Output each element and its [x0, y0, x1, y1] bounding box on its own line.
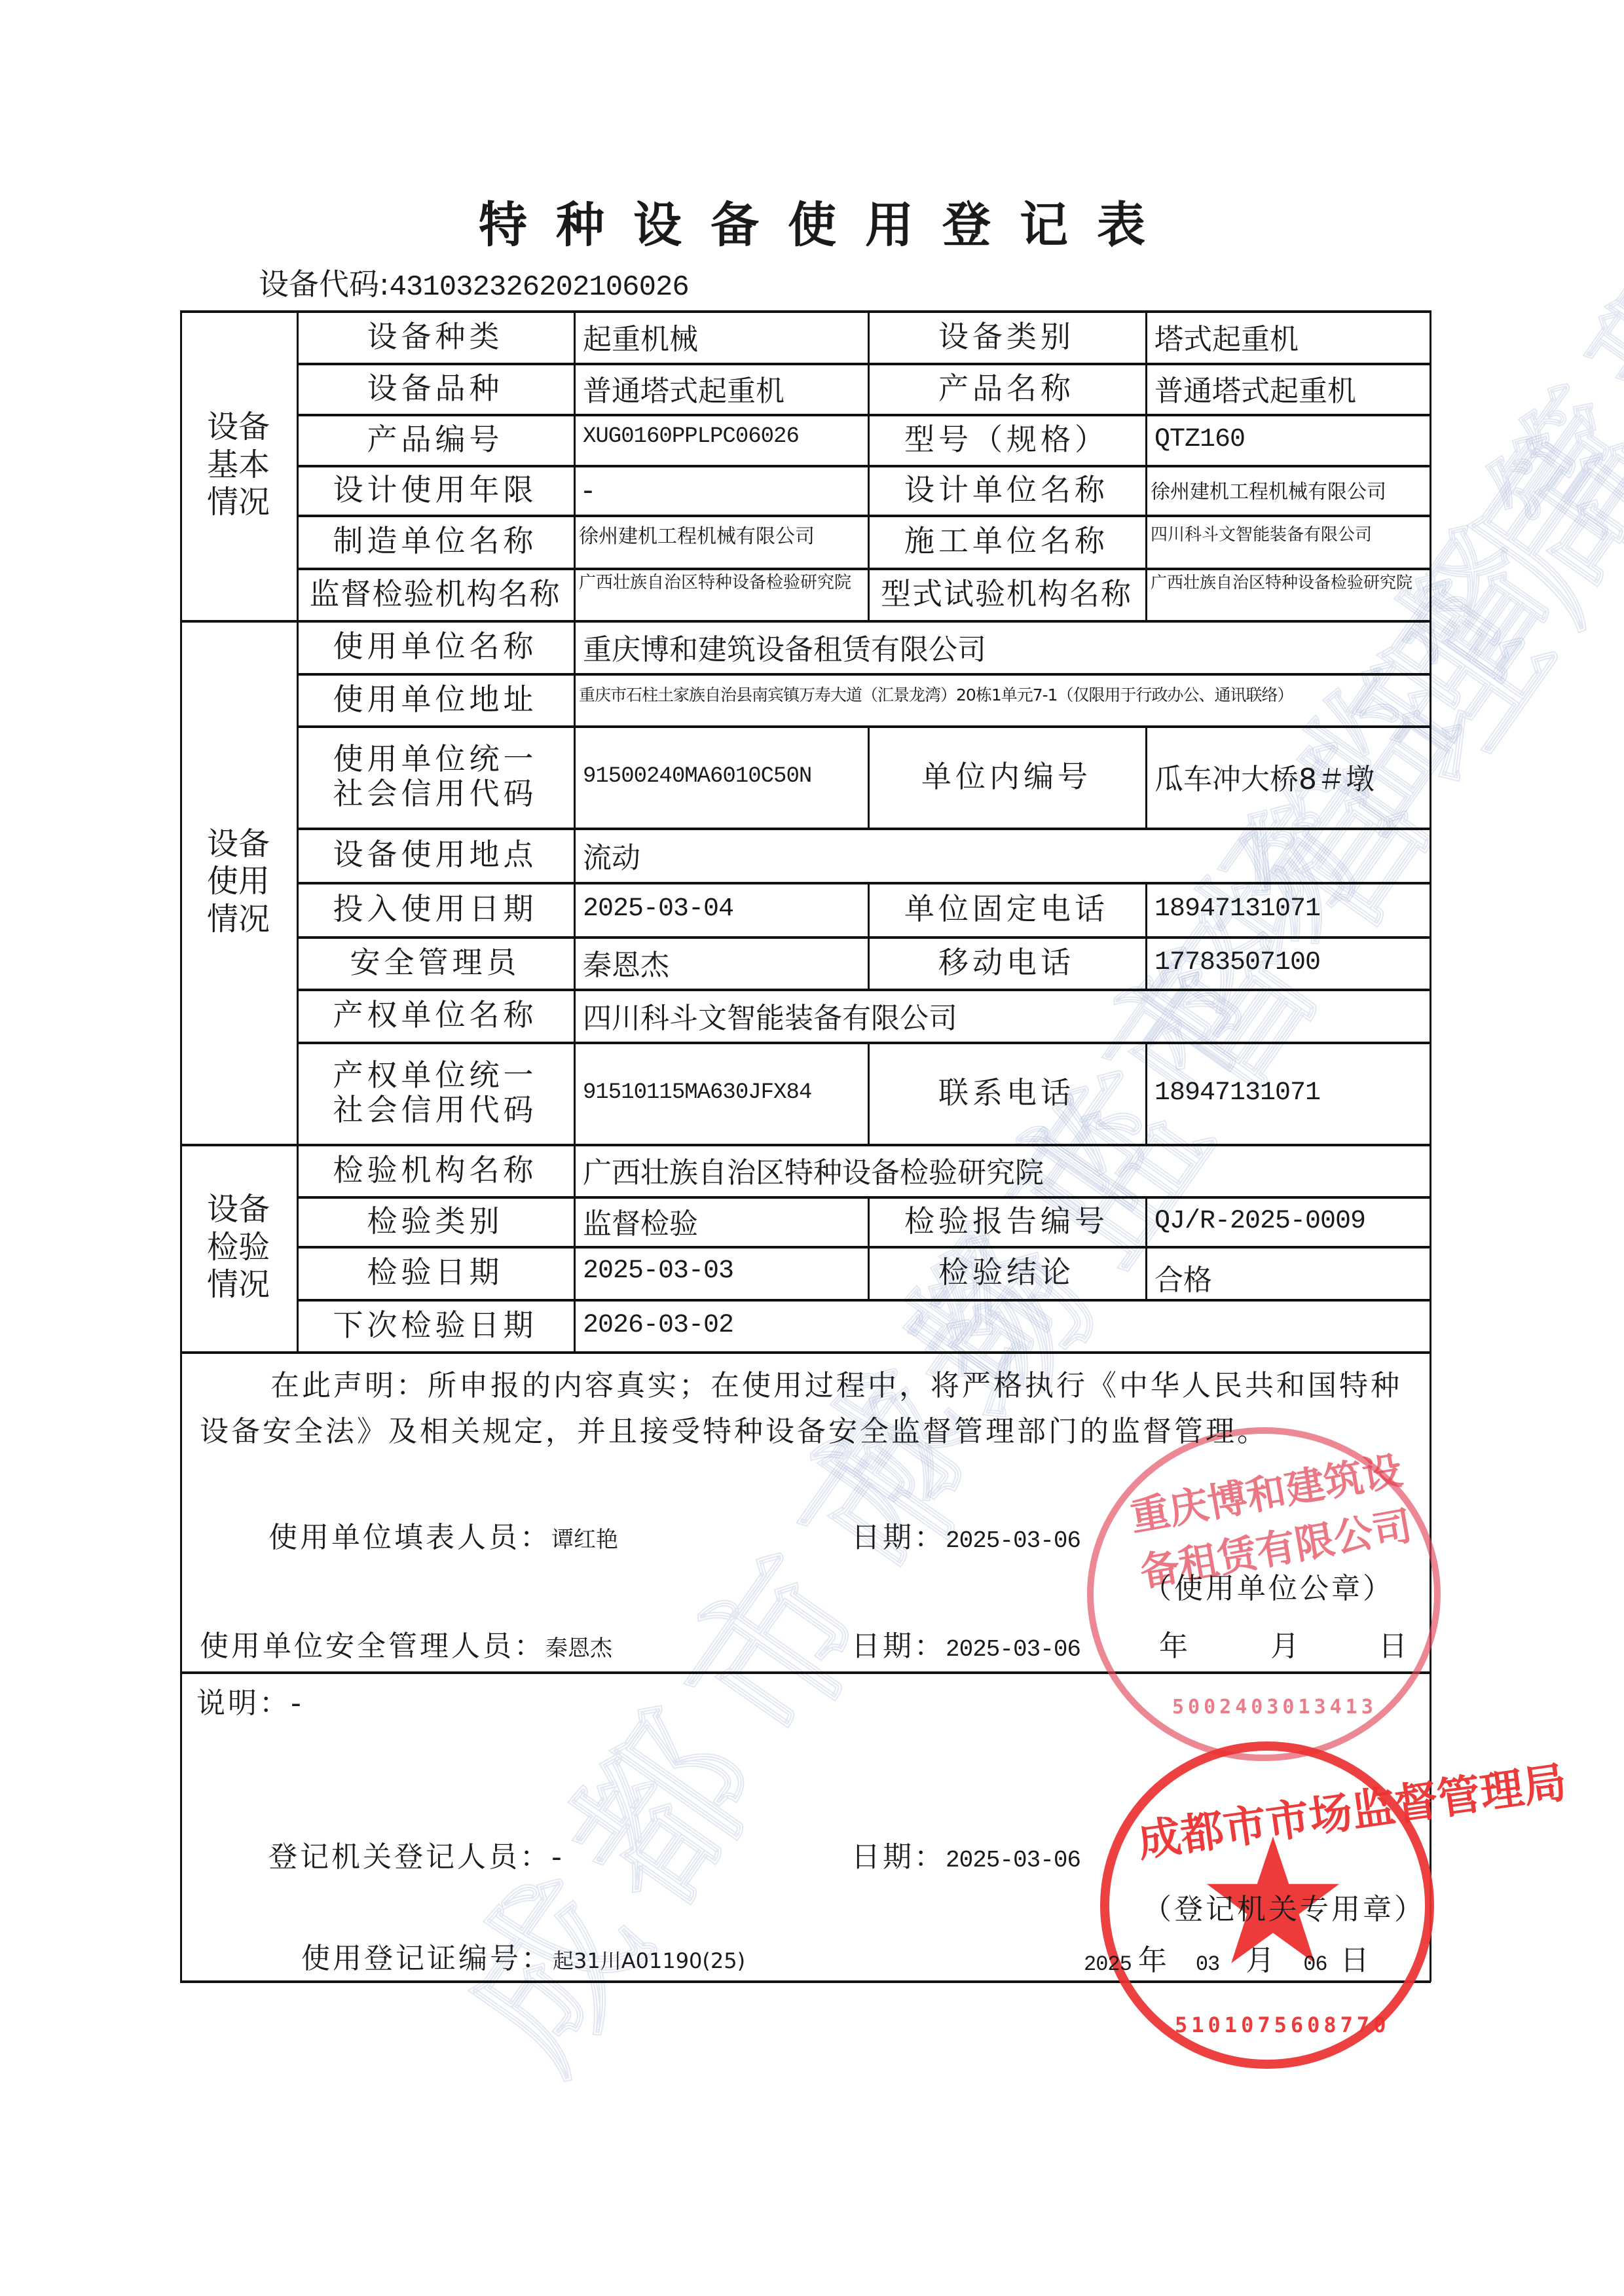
equipment-code: 设备代码:431032326202106026 [259, 261, 689, 304]
manufacturer-value: 徐州建机工程机械有限公司 [574, 515, 868, 568]
inspection-date-value: 2025-03-03 [574, 1246, 868, 1299]
internal-number-value: 瓜车冲大桥8＃墩 [1145, 725, 1430, 828]
start-date-label: 投入使用日期 [297, 882, 574, 936]
registrar-date: 日期：2025-03-06 [851, 1833, 1080, 1875]
supervision-inspector-value: 广西壮族自治区特种设备检验研究院 [574, 568, 868, 620]
model-label: 型号（规格） [868, 414, 1145, 465]
product-name-label: 产品名称 [868, 363, 1145, 414]
inspection-org-value: 广西壮族自治区特种设备检验研究院 [574, 1144, 1430, 1196]
user-credit-code-value: 91500240MA6010C50N [574, 725, 868, 828]
safety-signature: 使用单位安全管理人员：秦恩杰 [200, 1622, 612, 1664]
type-test-org-label: 型式试验机构名称 [868, 568, 1145, 620]
fixed-phone-value: 18947131071 [1145, 882, 1430, 936]
product-name-value: 普通塔式起重机 [1145, 363, 1430, 414]
design-unit-label: 设计单位名称 [868, 465, 1145, 515]
inspection-type-value: 监督检验 [574, 1196, 868, 1246]
product-number-label: 产品编号 [297, 414, 574, 465]
section-basic-label: 设备基本情况 [180, 310, 297, 620]
supervision-inspector-label: 监督检验机构名称 [297, 568, 574, 620]
report-number-value: QJ/R-2025-0009 [1145, 1196, 1430, 1246]
seal-number: 5101075608770 [1175, 2013, 1390, 2037]
cert-number-value: 起31川A01190(25) [553, 1948, 745, 1973]
registrar-name: - [551, 1840, 564, 1874]
owner-name-value: 四川科斗文智能装备有限公司 [574, 989, 1430, 1042]
seal-month-unit: 月 [1270, 1622, 1302, 1664]
inspection-org-label: 检验机构名称 [297, 1144, 574, 1196]
mobile-phone-value: 17783507100 [1145, 936, 1430, 989]
remarks: 说明：- [196, 1679, 304, 1721]
user-name-value: 重庆博和建筑设备租赁有限公司 [574, 620, 1430, 673]
seal-day-unit: 日 [1378, 1622, 1410, 1664]
construction-unit-label: 施工单位名称 [868, 515, 1145, 568]
start-date-value: 2025-03-04 [574, 882, 868, 936]
design-life-label: 设计使用年限 [297, 465, 574, 515]
filler-name: 谭红艳 [551, 1527, 618, 1553]
conclusion-value: 合格 [1145, 1246, 1430, 1299]
manufacturer-label: 制造单位名称 [297, 515, 574, 568]
equipment-code-value: 431032326202106026 [390, 271, 689, 304]
registrar-signature: 登记机关登记人员：- [268, 1833, 564, 1875]
registration-seal-date: 2025年03月06日 [1084, 1937, 1372, 1978]
divider [180, 1351, 1431, 1354]
mobile-phone-label: 移动电话 [868, 936, 1145, 989]
registration-seal-note: （登记机关专用章） [1143, 1886, 1426, 1927]
equipment-category-value: 塔式起重机 [1145, 310, 1430, 363]
report-number-label: 检验报告编号 [868, 1196, 1145, 1246]
inspection-type-label: 检验类别 [297, 1196, 574, 1246]
safety-manager-value: 秦恩杰 [574, 936, 868, 989]
safety-manager-label: 安全管理员 [297, 936, 574, 989]
seal-year-unit: 年 [1159, 1622, 1190, 1664]
equipment-variety-value: 普通塔式起重机 [574, 363, 868, 414]
equipment-type-label: 设备种类 [297, 310, 574, 363]
type-test-org-value: 广西壮族自治区特种设备检验研究院 [1145, 568, 1430, 620]
next-inspection-label: 下次检验日期 [297, 1299, 574, 1351]
fixed-phone-label: 单位固定电话 [868, 882, 1145, 936]
equipment-variety-label: 设备品种 [297, 363, 574, 414]
safety-date: 日期：2025-03-06 [851, 1622, 1080, 1664]
design-life-value: - [574, 465, 868, 515]
seal-text: 成都市市场监督管理局 [1134, 1747, 1570, 1869]
section-usage-label: 设备使用情况 [180, 620, 297, 1144]
user-address-label: 使用单位地址 [297, 673, 574, 725]
contact-phone-label: 联系电话 [868, 1042, 1145, 1144]
seal-number: 5002403013413 [1172, 1696, 1377, 1719]
safety-name: 秦恩杰 [545, 1635, 612, 1662]
product-number-value: XUG0160PPLPC06026 [574, 414, 868, 465]
cert-number: 使用登记证编号：起31川A01190(25) [301, 1935, 745, 1977]
equipment-category-label: 设备类别 [868, 310, 1145, 363]
owner-name-label: 产权单位名称 [297, 989, 574, 1042]
usage-location-value: 流动 [574, 828, 1430, 882]
model-value: QTZ160 [1145, 414, 1430, 465]
declaration: 在此声明：所申报的内容真实；在使用过程中，将严格执行《中华人民共和国特种设备安全… [200, 1363, 1418, 1455]
construction-unit-value: 四川科斗文智能装备有限公司 [1145, 515, 1430, 568]
user-credit-code-label: 使用单位统一社会信用代码 [297, 725, 574, 828]
filler-signature: 使用单位填表人员：谭红艳 [268, 1514, 618, 1556]
contact-phone-value: 18947131071 [1145, 1042, 1430, 1144]
remarks-value: - [291, 1686, 304, 1720]
section-inspection-label: 设备检验情况 [180, 1144, 297, 1351]
page-title: 特种设备使用登记表 [0, 187, 1624, 256]
filler-date: 日期：2025-03-06 [851, 1514, 1080, 1556]
conclusion-label: 检验结论 [868, 1246, 1145, 1299]
user-name-label: 使用单位名称 [297, 620, 574, 673]
user-seal-note: （使用单位公章） [1143, 1565, 1394, 1607]
design-unit-value: 徐州建机工程机械有限公司 [1145, 465, 1430, 515]
equipment-code-label: 设备代码: [259, 266, 390, 302]
equipment-type-value: 起重机械 [574, 310, 868, 363]
user-address-value: 重庆市石柱土家族自治县南宾镇万寿大道（汇景龙湾）20栋1单元7-1（仅限用于行政… [574, 673, 1430, 725]
inspection-date-label: 检验日期 [297, 1246, 574, 1299]
next-inspection-value: 2026-03-02 [574, 1299, 1430, 1351]
usage-location-label: 设备使用地点 [297, 828, 574, 882]
internal-number-label: 单位内编号 [868, 725, 1145, 828]
owner-credit-code-value: 91510115MA630JFX84 [574, 1042, 868, 1144]
owner-credit-code-label: 产权单位统一社会信用代码 [297, 1042, 574, 1144]
